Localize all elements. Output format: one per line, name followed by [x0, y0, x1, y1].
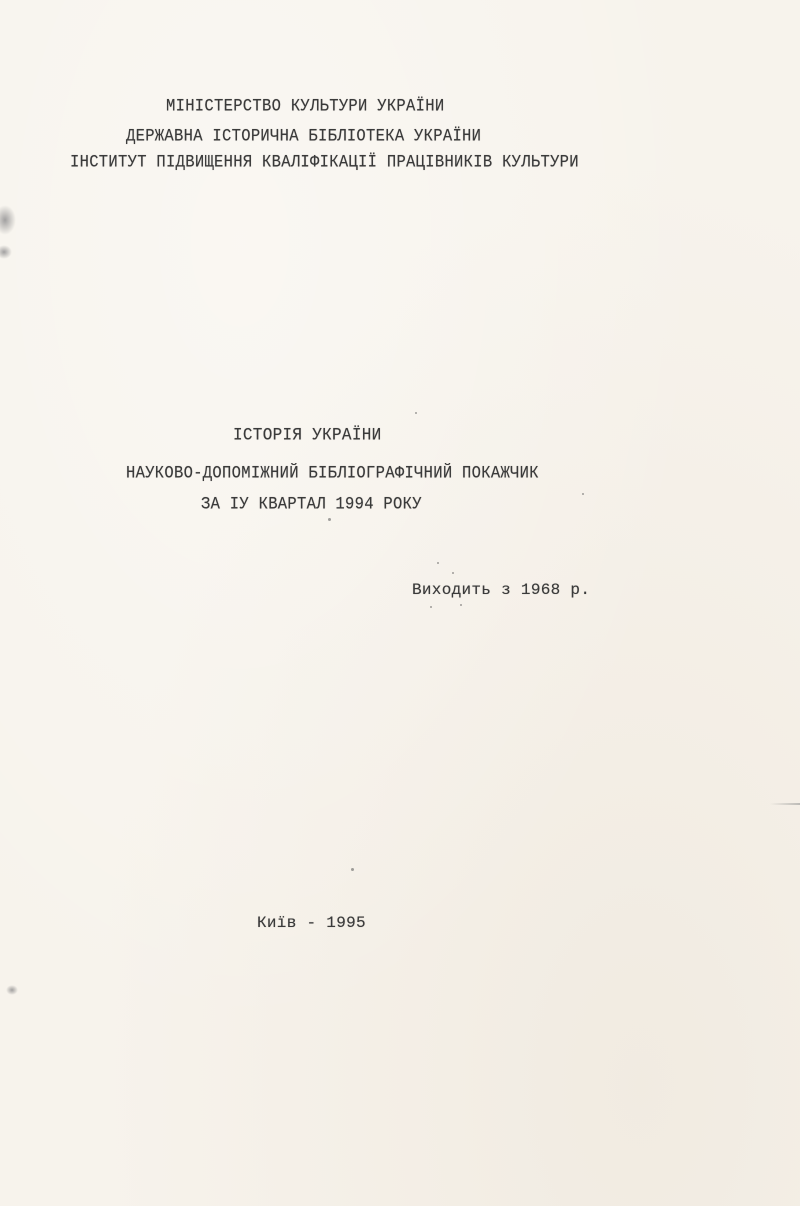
scanned-page: МІНІСТЕРСТВО КУЛЬТУРИ УКРАЇНИ ДЕРЖАВНА І…: [0, 0, 800, 1206]
document-period: ЗА IУ КВАРТАЛ 1994 РОКУ: [201, 494, 422, 514]
imprint-city-year: Київ - 1995: [257, 914, 366, 932]
ink-speck: [582, 493, 584, 495]
publication-since-note: Виходить з 1968 р.: [412, 581, 590, 599]
ink-speck: [351, 868, 354, 871]
ink-speck: [437, 562, 439, 564]
binding-hole-mark: [0, 205, 16, 235]
ministry-heading: МІНІСТЕРСТВО КУЛЬТУРИ УКРАЇНИ: [166, 96, 444, 116]
binding-hole-mark: [6, 985, 18, 995]
ink-speck: [460, 604, 462, 606]
document-subtitle: НАУКОВО-ДОПОМІЖНИЙ БІБЛІОГРАФІЧНИЙ ПОКАЖ…: [126, 463, 539, 483]
institute-heading: ІНСТИТУТ ПІДВИЩЕННЯ КВАЛІФІКАЦІЇ ПРАЦІВН…: [70, 152, 579, 172]
page-edge-crease: [770, 803, 800, 805]
ink-speck: [415, 412, 417, 414]
library-heading: ДЕРЖАВНА ІСТОРИЧНА БІБЛІОТЕКА УКРАЇНИ: [126, 126, 481, 146]
ink-speck: [430, 606, 432, 608]
binding-hole-mark: [0, 245, 12, 259]
ink-speck: [452, 572, 454, 574]
document-title: ІСТОРІЯ УКРАЇНИ: [233, 425, 382, 445]
ink-speck: [328, 518, 331, 521]
